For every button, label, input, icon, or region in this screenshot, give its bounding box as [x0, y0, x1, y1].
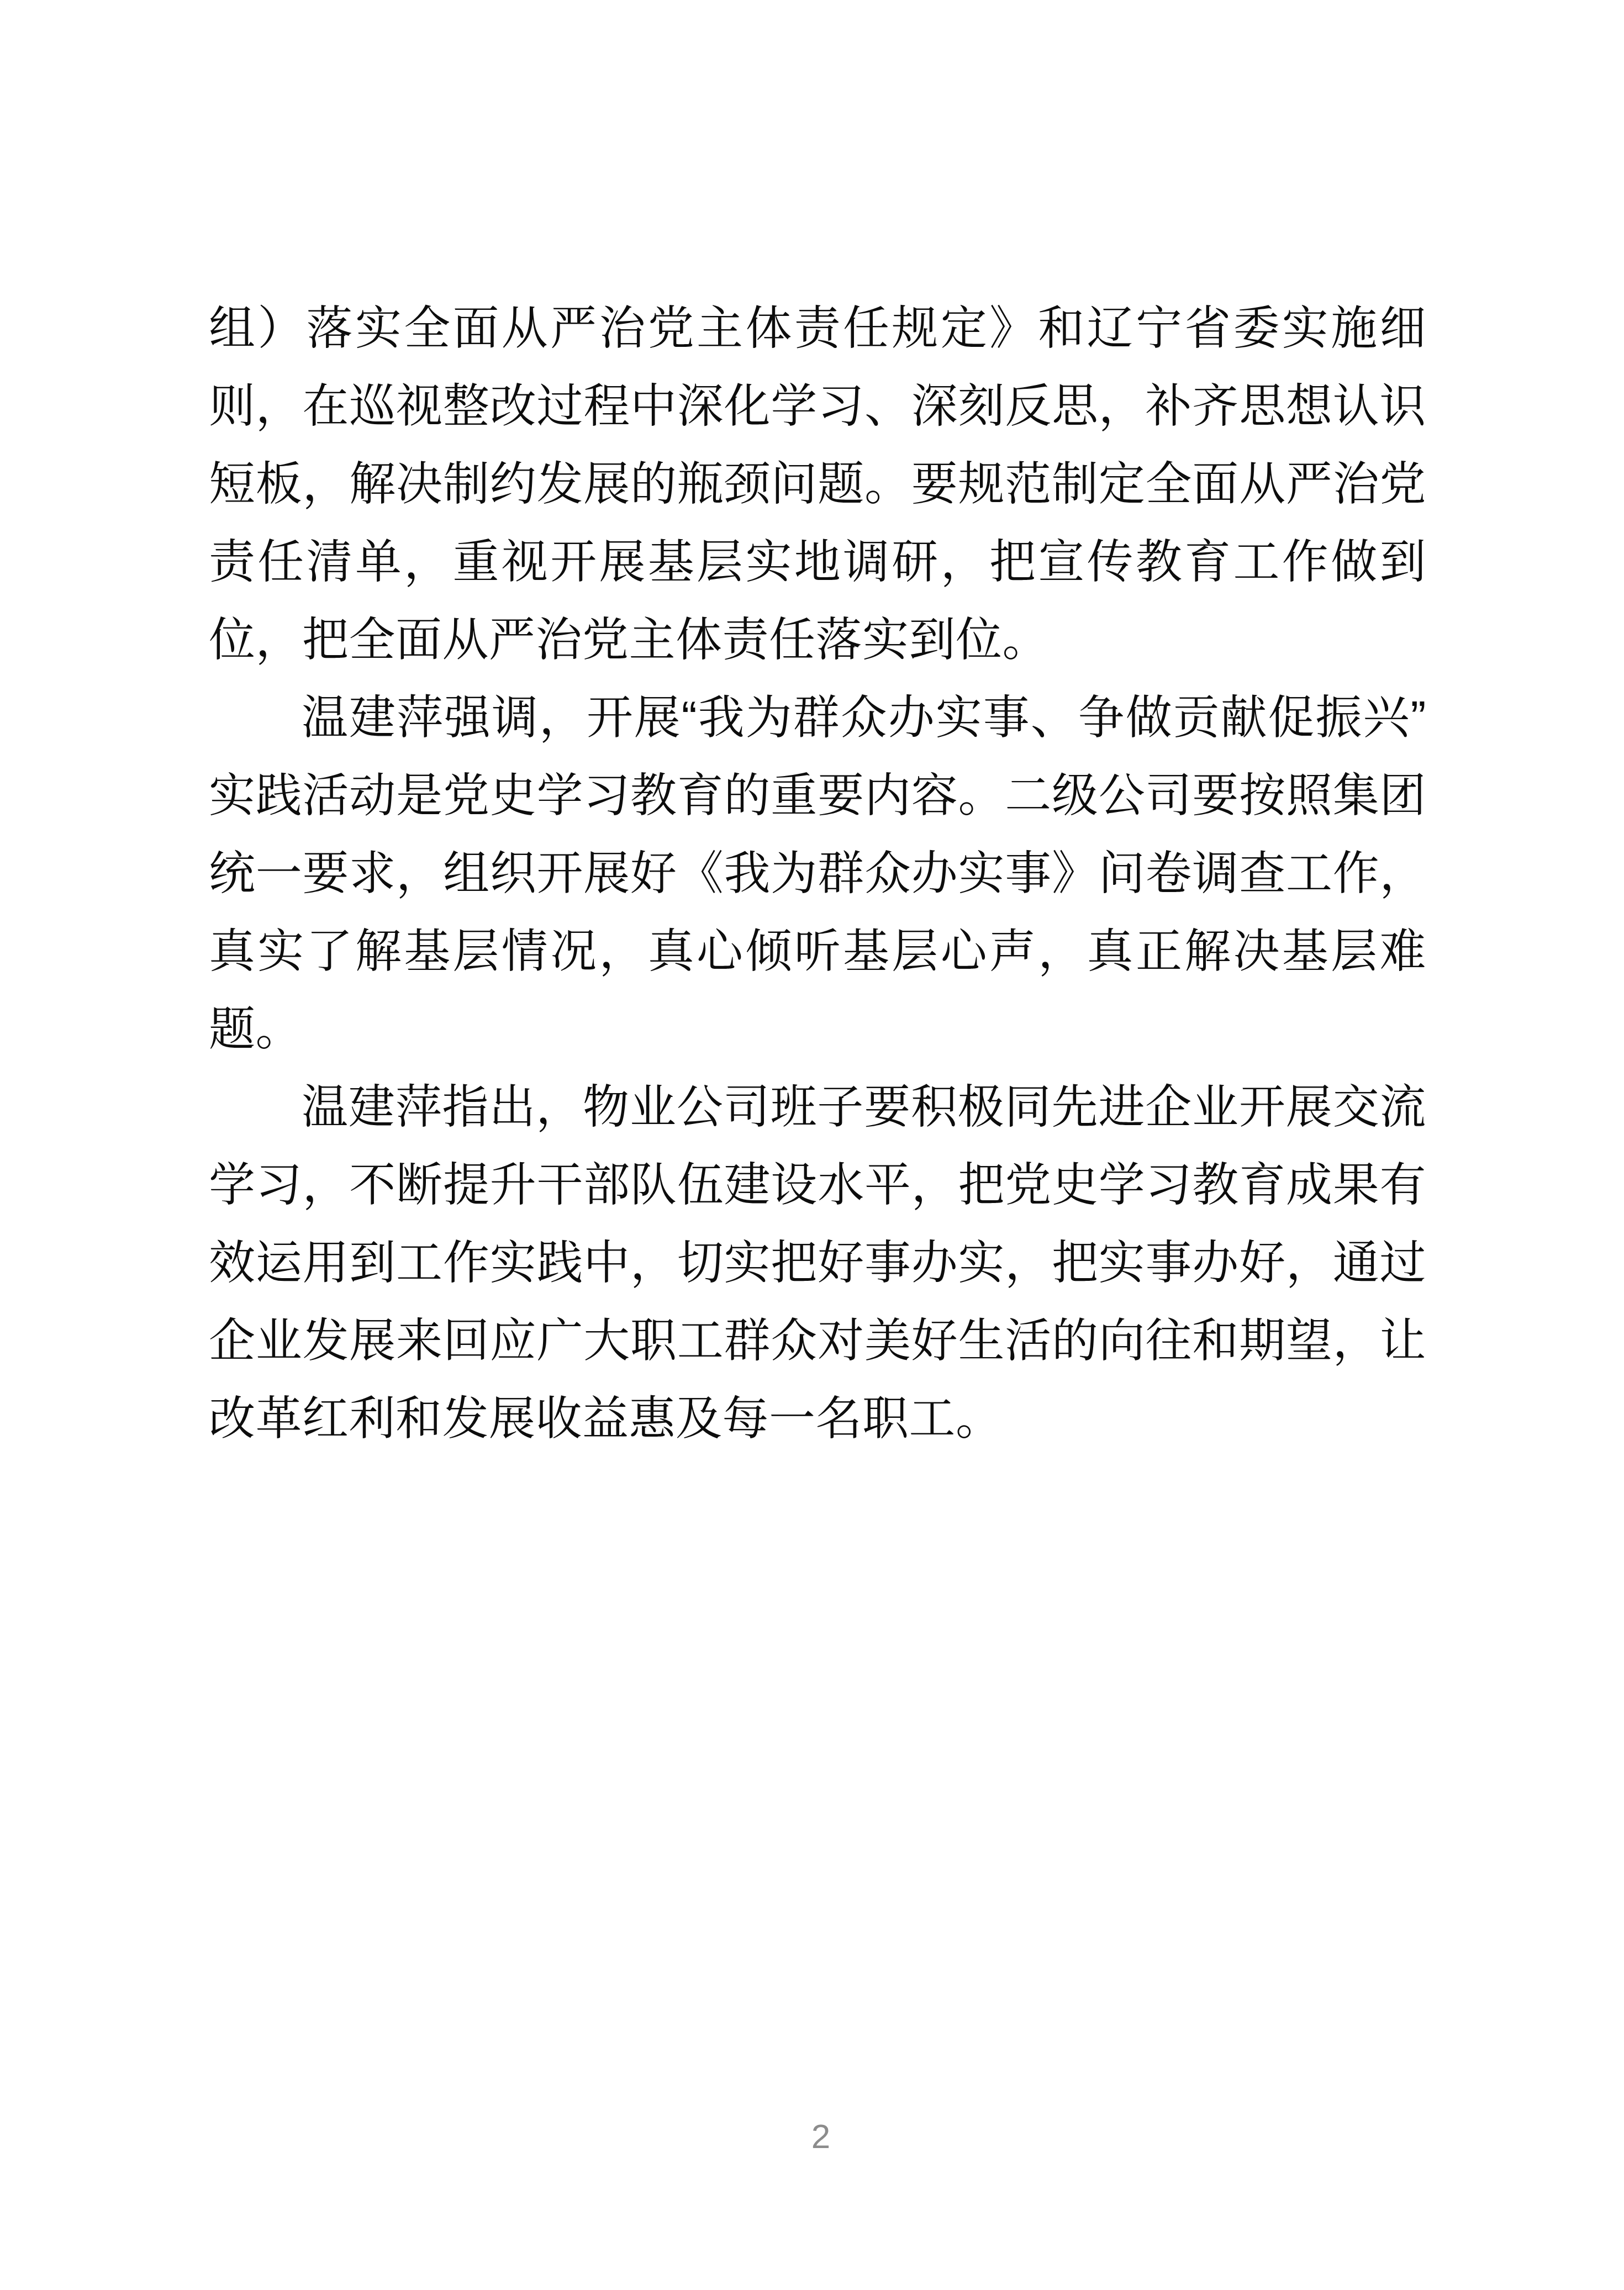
- page-number: 2: [811, 2120, 830, 2154]
- page-footer: 2: [0, 2120, 1624, 2154]
- paragraph-wen-jianping-pointed-out: 温建萍指出，物业公司班子要积极同先进企业开展交流学习，不断提升干部队伍建设水平，…: [209, 1068, 1426, 1458]
- document-page: 组）落实全面从严治党主体责任规定》和辽宁省委实施细则，在巡视整改过程中深化学习、…: [0, 0, 1624, 2290]
- paragraph-continuation: 组）落实全面从严治党主体责任规定》和辽宁省委实施细则，在巡视整改过程中深化学习、…: [209, 289, 1426, 679]
- document-body: 组）落实全面从严治党主体责任规定》和辽宁省委实施细则，在巡视整改过程中深化学习、…: [209, 289, 1426, 1458]
- paragraph-wen-jianping-emphasized: 温建萍强调，开展“我为群众办实事、争做贡献促振兴”实践活动是党史学习教育的重要内…: [209, 679, 1426, 1068]
